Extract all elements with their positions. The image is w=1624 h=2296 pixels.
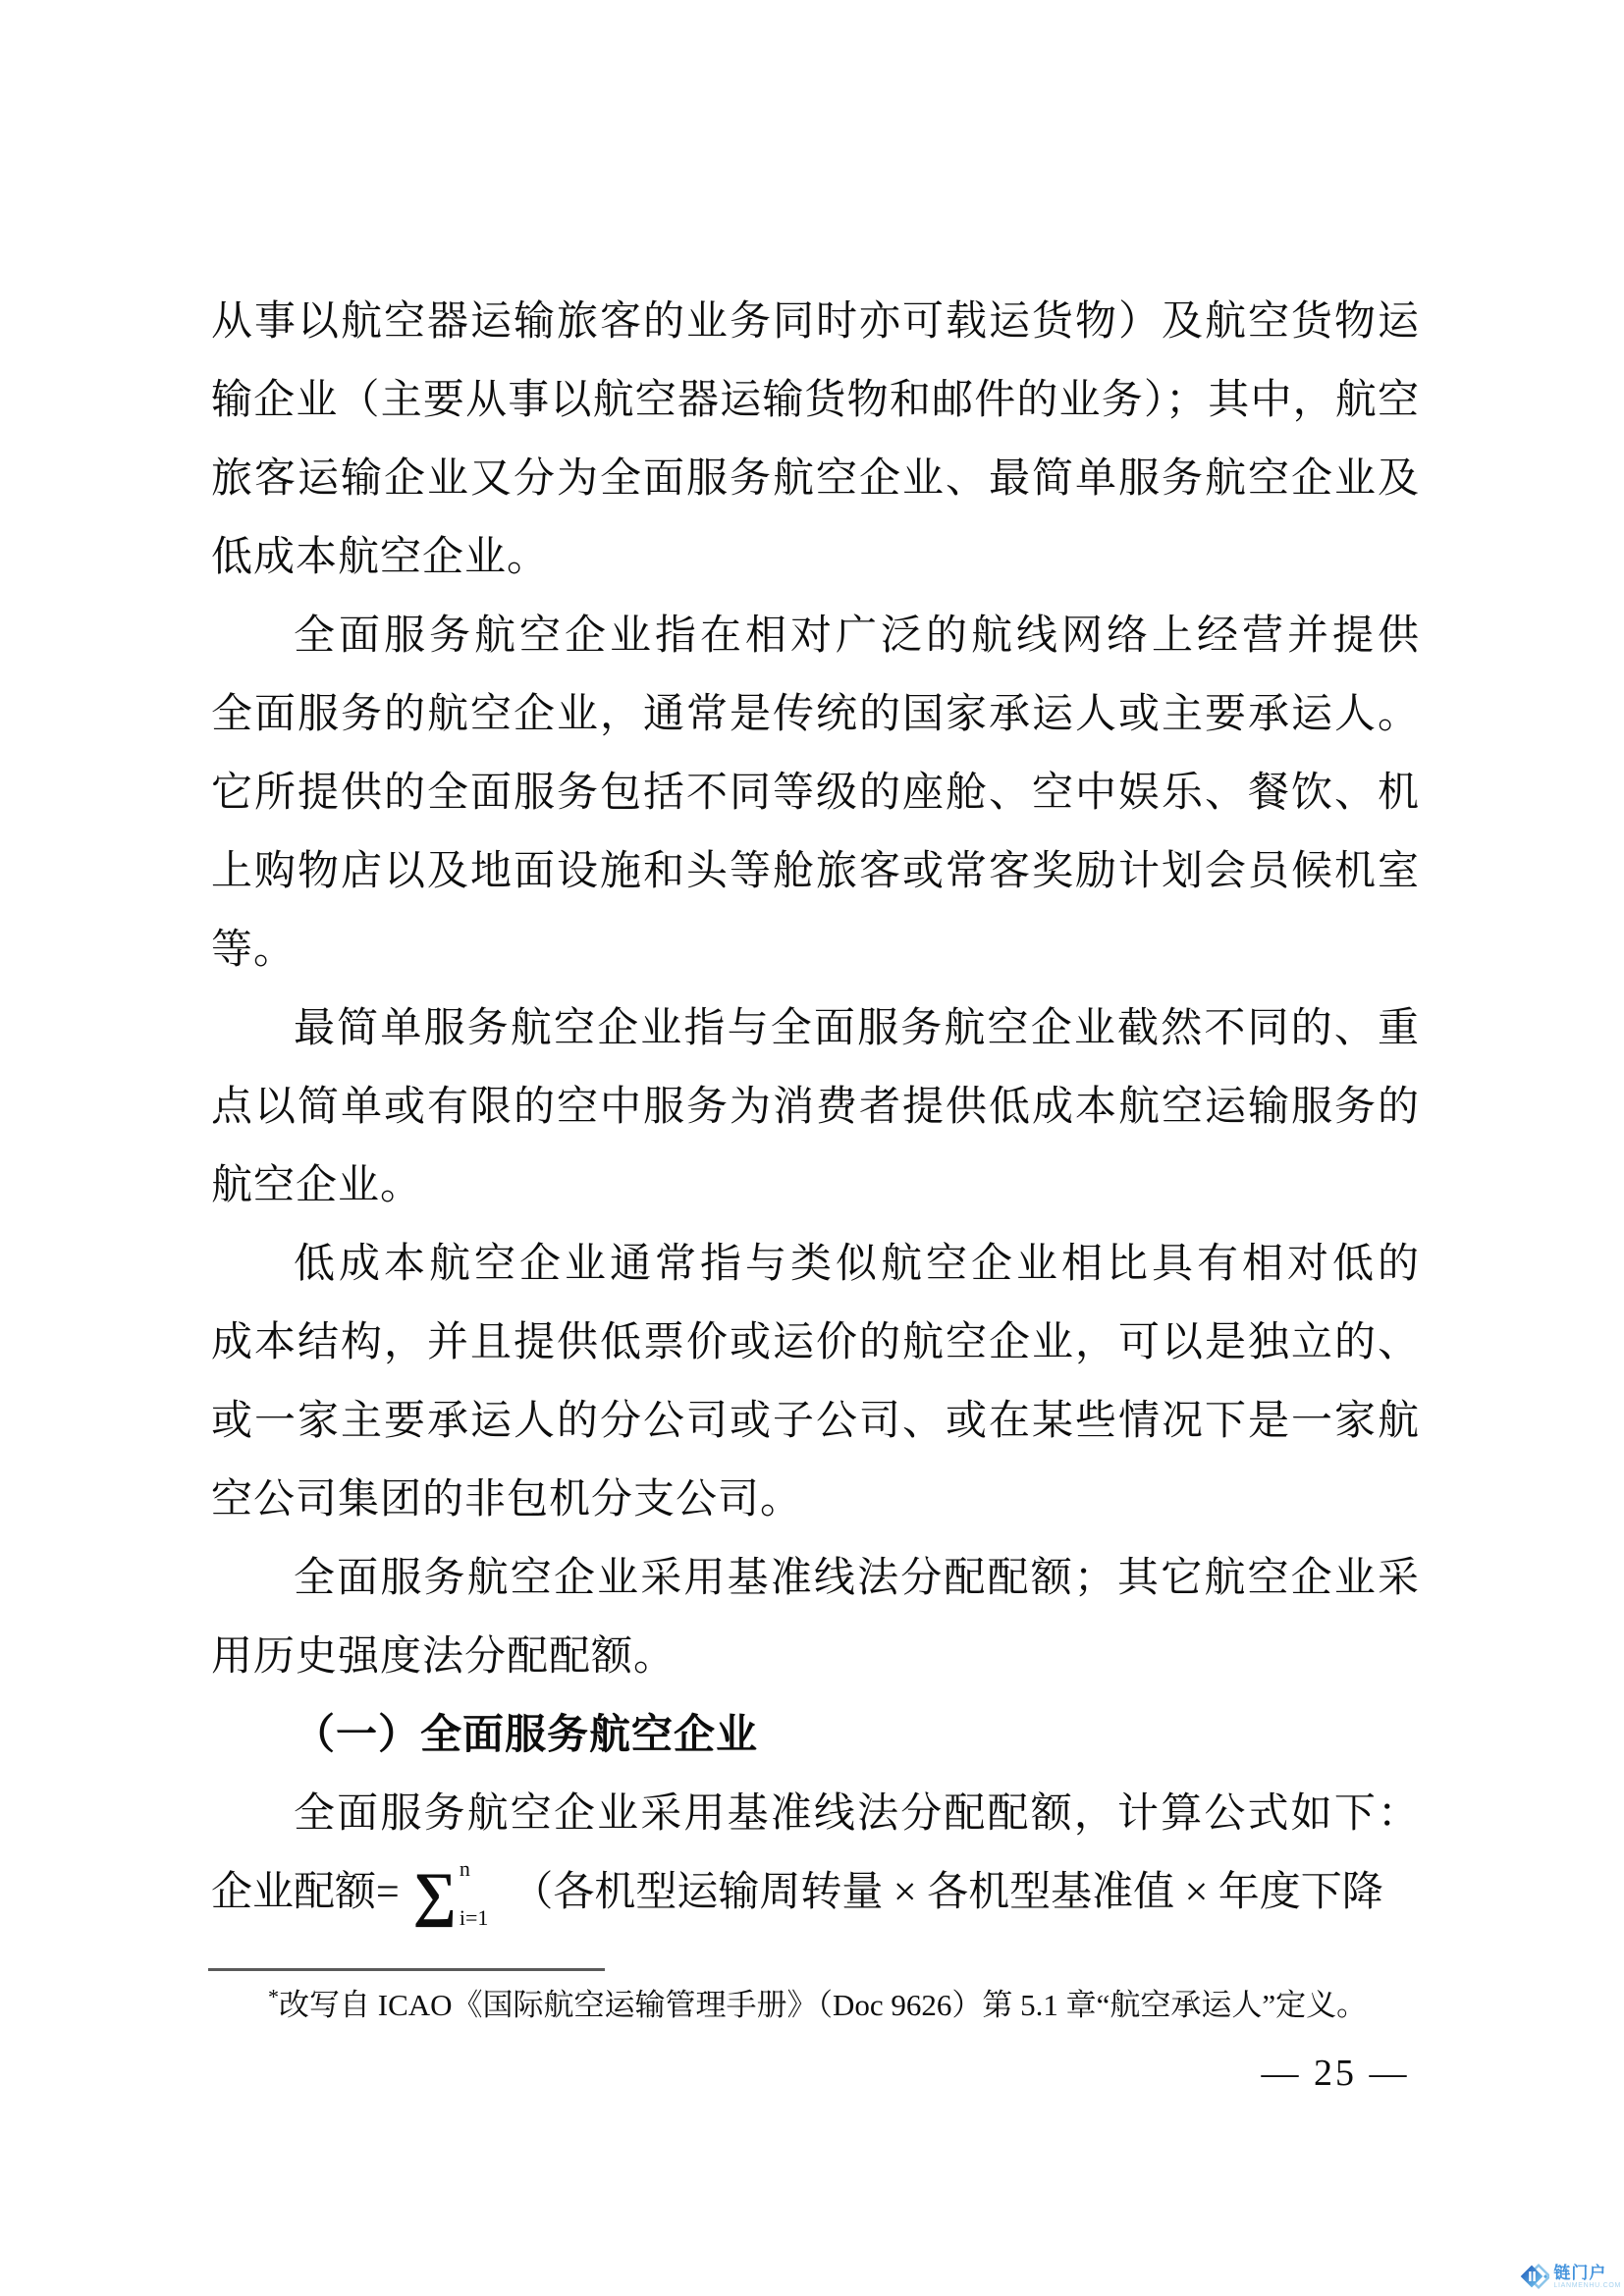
body-line: 低成本航空企业。 [211,518,1419,597]
body-line: 成本结构，并且提供低票价或运价的航空企业，可以是独立的、 [211,1304,1419,1382]
watermark-title: 链门户 [1553,2265,1621,2281]
watermark-subtitle: LIANMENHU.COM [1553,2282,1621,2289]
summation-upper-limit: n [460,1858,489,1880]
document-body: 从事以航空器运输旅客的业务同时亦可载运货物）及航空货物运输企业（主要从事以航空器… [211,283,1419,1932]
formula-line: 企业配额= ∑ n i=1 （各机型运输周转量 × 各机型基准值 × 年度下降 [211,1853,1419,1932]
body-line: （一）全面服务航空企业 [211,1696,1419,1775]
summation-lower-limit: i=1 [460,1907,489,1929]
body-line: 全面服务航空企业采用基准线法分配配额，计算公式如下： [211,1775,1419,1853]
footnote: *改写自 ICAO《国际航空运输管理手册》（Doc 9626）第 5.1 章“航… [211,1983,1448,2028]
body-line: 全面服务的航空企业，通常是传统的国家承运人或主要承运人。 [211,675,1419,754]
chain-diamond-icon [1520,2262,1549,2291]
body-line: 旅客运输企业又分为全面服务航空企业、最简单服务航空企业及 [211,440,1419,518]
footnote-text: 改写自 ICAO《国际航空运输管理手册》（Doc 9626）第 5.1 章“航空… [279,1988,1367,2022]
watermark-logo: 链门户 LIANMENHU.COM [1520,2262,1621,2291]
body-line: 航空企业。 [211,1147,1419,1225]
sigma-glyph: ∑ [413,1864,457,1925]
body-line: 全面服务航空企业指在相对广泛的航线网络上经营并提供 [211,597,1419,675]
body-line: 它所提供的全面服务包括不同等级的座舱、空中娱乐、餐饮、机 [211,754,1419,832]
body-line: 空公司集团的非包机分支公司。 [211,1461,1419,1539]
footnote-divider [208,1968,605,1971]
formula-prefix: 企业配额= [211,1853,400,1932]
body-lines-container: 从事以航空器运输旅客的业务同时亦可载运货物）及航空货物运输企业（主要从事以航空器… [211,283,1419,1853]
body-line: 或一家主要承运人的分公司或子公司、或在某些情况下是一家航 [211,1382,1419,1461]
watermark-text: 链门户 LIANMENHU.COM [1553,2265,1621,2289]
body-line: 点以简单或有限的空中服务为消费者提供低成本航空运输服务的 [211,1068,1419,1147]
body-line: 低成本航空企业通常指与类似航空企业相比具有相对低的 [211,1225,1419,1304]
summation-limits: n i=1 [457,1862,489,1923]
body-line: 从事以航空器运输旅客的业务同时亦可载运货物）及航空货物运 [211,283,1419,361]
body-line: 全面服务航空企业采用基准线法分配配额；其它航空企业采 [211,1539,1419,1618]
page-number: — 25 — [1247,2052,1424,2095]
footnote-marker: * [268,1985,279,2009]
formula-suffix: （各机型运输周转量 × 各机型基准值 × 年度下降 [512,1853,1382,1932]
body-line: 等。 [211,911,1419,989]
body-line: 最简单服务航空企业指与全面服务航空企业截然不同的、重 [211,989,1419,1068]
document-page: 从事以航空器运输旅客的业务同时亦可载运货物）及航空货物运输企业（主要从事以航空器… [0,0,1624,2296]
summation-symbol: ∑ n i=1 [413,1862,489,1923]
body-line: 用历史强度法分配配额。 [211,1618,1419,1696]
body-line: 输企业（主要从事以航空器运输货物和邮件的业务）；其中，航空 [211,361,1419,440]
body-line: 上购物店以及地面设施和头等舱旅客或常客奖励计划会员候机室 [211,832,1419,911]
